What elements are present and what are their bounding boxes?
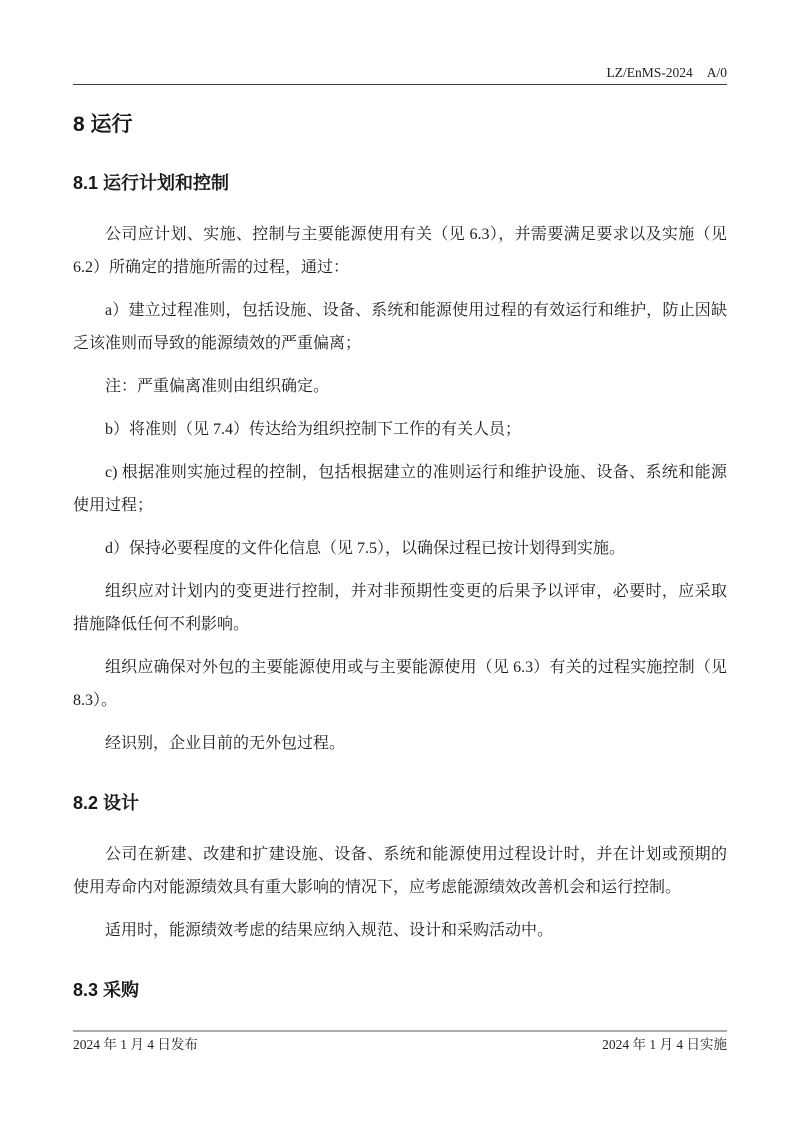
footer-release-date: 2024 年 1 月 4 日发布 — [73, 1036, 198, 1054]
document-code: LZ/EnMS-2024 — [607, 65, 693, 80]
document-content: 8 运行 8.1 运行计划和控制 公司应计划、实施、控制与主要能源使用有关（见 … — [73, 86, 727, 1025]
document-revision: A/0 — [707, 65, 727, 80]
list-item-d: d）保持必要程度的文件化信息（见 7.5），以确保过程已按计划得到实施。 — [73, 532, 727, 565]
list-item-c: c) 根据准则实施过程的控制，包括根据建立的准则运行和维护设施、设备、系统和能源… — [73, 456, 727, 522]
page-footer: 2024 年 1 月 4 日发布 2024 年 1 月 4 日实施 — [73, 1030, 727, 1054]
list-item-a: a）建立过程准则，包括设施、设备、系统和能源使用过程的有效运行和维护，防止因缺乏… — [73, 294, 727, 360]
paragraph-outsourcing-control: 组织应确保对外包的主要能源使用或与主要能源使用（见 6.3）有关的过程实施控制（… — [73, 651, 727, 717]
paragraph-change-control: 组织应对计划内的变更进行控制，并对非预期性变更的后果予以评审，必要时，应采取措施… — [73, 575, 727, 641]
page-header: LZ/EnMS-2024A/0 — [73, 0, 727, 85]
note-paragraph: 注：严重偏离准则由组织确定。 — [73, 370, 727, 403]
paragraph-8-1-intro: 公司应计划、实施、控制与主要能源使用有关（见 6.3），并需要满足要求以及实施（… — [73, 218, 727, 284]
paragraph-8-2-design: 公司在新建、改建和扩建设施、设备、系统和能源使用过程设计时，并在计划或预期的使用… — [73, 838, 727, 904]
footer-implement-date: 2024 年 1 月 4 日实施 — [602, 1036, 727, 1054]
chapter-heading: 8 运行 — [73, 110, 727, 140]
document-page: LZ/EnMS-2024A/0 8 运行 8.1 运行计划和控制 公司应计划、实… — [0, 0, 800, 1130]
section-heading-8-3: 8.3 采购 — [73, 977, 727, 1003]
list-item-b: b）将准则（见 7.4）传达给为组织控制下工作的有关人员； — [73, 413, 727, 446]
paragraph-8-2-applicable: 适用时，能源绩效考虑的结果应纳入规范、设计和采购活动中。 — [73, 914, 727, 947]
paragraph-no-outsourcing: 经识别，企业目前的无外包过程。 — [73, 727, 727, 760]
section-heading-8-1: 8.1 运行计划和控制 — [73, 170, 727, 196]
section-heading-8-2: 8.2 设计 — [73, 790, 727, 816]
